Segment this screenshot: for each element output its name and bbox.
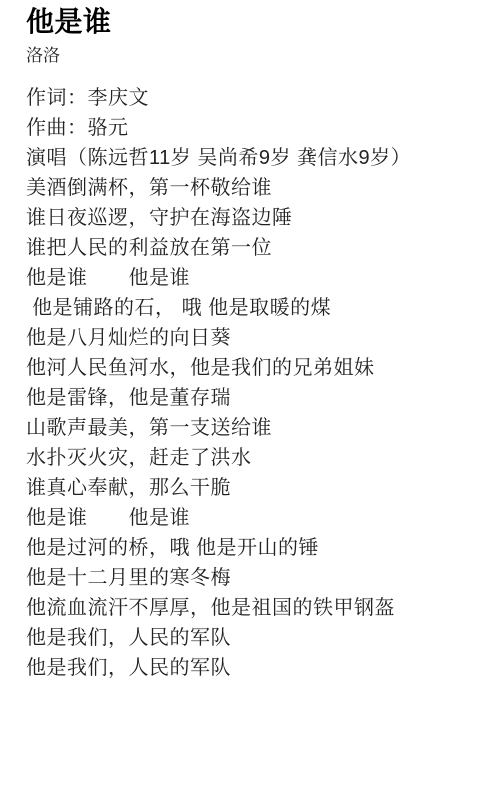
lyric-line: 演唱（陈远哲11岁 吴尚希9岁 龚信水9岁） — [26, 143, 480, 173]
lyric-line: 水扑灭火灾，赶走了洪水 — [26, 443, 480, 473]
lyrics-block: 作词：李庆文作曲：骆元演唱（陈远哲11岁 吴尚希9岁 龚信水9岁）美酒倒满杯，第… — [26, 83, 480, 683]
lyric-line: 美酒倒满杯，第一杯敬给谁 — [26, 173, 480, 203]
lyric-line: 他是铺路的石， 哦 他是取暖的煤 — [26, 293, 480, 323]
lyric-line: 他是八月灿烂的向日葵 — [26, 323, 480, 353]
lyrics-page: 他是谁 洛洛 作词：李庆文作曲：骆元演唱（陈远哲11岁 吴尚希9岁 龚信水9岁）… — [0, 0, 500, 683]
lyric-line: 他是过河的桥，哦 他是开山的锤 — [26, 533, 480, 563]
lyric-line: 谁把人民的利益放在第一位 — [26, 233, 480, 263]
lyric-line: 作词：李庆文 — [26, 83, 480, 113]
lyric-line: 他河人民鱼河水，他是我们的兄弟姐妹 — [26, 353, 480, 383]
song-title: 他是谁 — [26, 4, 480, 39]
lyric-line: 山歌声最美，第一支送给谁 — [26, 413, 480, 443]
lyric-line: 他是谁 他是谁 — [26, 263, 480, 293]
artist-name: 洛洛 — [26, 46, 480, 66]
lyric-line: 谁真心奉献，那么干脆 — [26, 473, 480, 503]
lyric-line: 谁日夜巡逻，守护在海盗边陲 — [26, 203, 480, 233]
lyric-line: 他是雷锋，他是董存瑞 — [26, 383, 480, 413]
lyric-line: 他是我们，人民的军队 — [26, 653, 480, 683]
lyric-line: 他是我们，人民的军队 — [26, 623, 480, 653]
lyric-line: 他是谁 他是谁 — [26, 503, 480, 533]
lyric-line: 他流血流汗不厚厚，他是祖国的铁甲钢盔 — [26, 593, 480, 623]
lyric-line: 他是十二月里的寒冬梅 — [26, 563, 480, 593]
lyric-line: 作曲：骆元 — [26, 113, 480, 143]
